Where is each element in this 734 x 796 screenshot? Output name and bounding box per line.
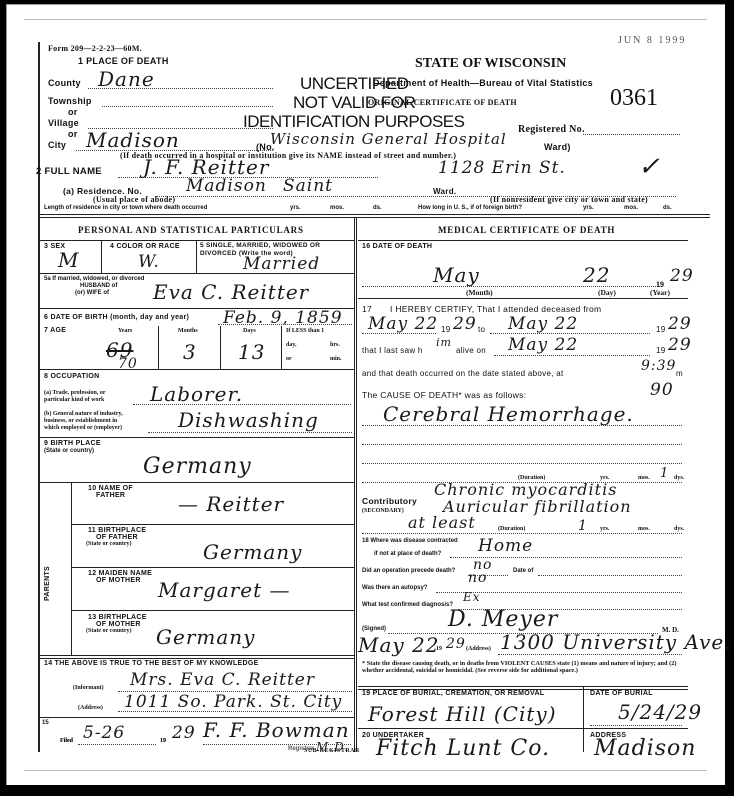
industry-label-1: (b) General nature of industry, [44,411,123,417]
mother-label-1: 12 MAIDEN NAME [88,570,152,577]
age-days-value: 13 [238,340,265,364]
mother-birthplace-label-3: (State or country) [86,628,132,634]
trade-value: Laborer. [150,382,243,406]
hr [71,567,354,568]
trade-label-1: (a) Trade, profession, or [44,390,106,396]
nonresident-note: (If nonresident give city or town and st… [490,195,648,204]
hrs-label: hrs. [330,342,340,348]
length-residence-note: Length of residence in city or town wher… [44,205,207,211]
full-name-label: 2 FULL NAME [36,166,102,177]
mos-label: mos. [330,205,344,211]
race-value: W. [138,252,160,272]
father-birthplace-label-3: (State or country) [86,541,132,547]
less-than-label: If LESS than 1 [286,328,324,334]
county-value: Dane [98,67,155,91]
ds-label-2: ds. [663,205,672,211]
filed-year-value: 29 [172,723,196,743]
subregistrar-line [203,744,351,745]
father-birthplace-label-1: 11 BIRTHPLACE [88,527,146,534]
city-label: City [48,140,66,150]
registered-no-label: Registered No. [518,124,585,135]
vr [196,240,197,273]
death-certificate: Form 209—2-2-23—60M. 1 PLACE OF DEATH JU… [38,30,710,752]
filed-date-value: 5-26 [83,723,125,743]
mother-birthplace-label-2: OF MOTHER [96,621,141,628]
hr [38,369,354,370]
father-birthplace-label-2: OF FATHER [96,534,138,541]
dob-line [218,324,352,325]
residence-value: Madison [186,176,267,196]
foreign-birth-note: How long in U. S., if of foreign birth? [418,205,522,211]
marital-value: Married [243,254,320,274]
dob-label: 6 DATE OF BIRTH (month, day and year) [44,314,189,321]
birthplace-sub: (State or country) [44,448,94,454]
age-months-value: 3 [183,340,197,364]
hr [38,655,354,659]
hr [38,273,354,274]
township-line [102,106,273,107]
min-label: min. [330,356,342,362]
section-divider [38,214,710,218]
age-label: 7 AGE [44,327,66,334]
dob-value: Feb. 9, 1859 [223,308,343,328]
yrs-label: yrs. [290,205,301,211]
spouse-value: Eva C. Reitter [153,280,309,304]
filed2-year-prefix: 19 [160,738,166,744]
father-name-value: — Reitter [178,492,284,516]
certificate-number: 0361 [610,85,658,112]
township-label: Township [48,96,92,106]
vr [158,326,159,369]
birthplace-label: 9 BIRTH PLACE [44,440,101,447]
hr [71,610,354,611]
mother-name-value: Margaret — [158,578,290,602]
left-border [38,42,40,752]
county-label: County [48,78,81,88]
occupation-label: 8 OCCUPATION [44,373,99,380]
village-label: Village [48,118,79,128]
spouse-label: 5a If married, widowed, or divorced [44,276,144,282]
residence-st-value: Saint [283,176,333,196]
hr [71,524,354,525]
form-number: Form 209—2-2-23—60M. [48,44,142,53]
filed2-line [78,744,156,745]
institution-value: Wisconsin General Hospital [270,130,507,148]
vr [101,240,102,273]
filed-num: 15 [42,720,49,726]
hr [38,437,354,438]
informant-value: Mrs. Eva C. Reitter [130,670,315,690]
city-value: Madison [86,128,180,152]
industry-value: Dishwashing [178,408,319,432]
stamp-identification: IDENTIFICATION PURPOSES [243,112,465,132]
industry-label-3: which employed or (employer) [44,425,122,431]
center-divider [354,218,357,752]
days-label: Days [243,328,256,334]
vr [281,326,282,369]
received-stamp-date: JUN 8 1999 [618,35,686,46]
informant-address-label: (Address) [78,705,103,711]
subregistrar-label: SUB-REGISTRAR [304,748,360,754]
vr [71,482,72,655]
day-label: day, [286,342,297,348]
personal-heading: PERSONAL AND STATISTICAL PARTICULARS [78,225,304,235]
or-label-1: or [68,107,78,117]
mother-label-2: OF MOTHER [96,577,141,584]
father-birthplace-value: Germany [203,540,302,564]
abode-note: (Usual place of abode) [93,195,175,204]
informant-address-value: 1011 So. Park. St. City [124,692,342,712]
yrs-label-2: yrs. [583,205,594,211]
mother-birthplace-label-1: 13 BIRTHPLACE [88,614,147,621]
filed2-label: Filed [60,738,73,744]
residence-ward-label: Ward. [433,187,456,196]
state-title: STATE OF WISCONSIN [415,56,566,72]
trade-label-2: particular kind of work [44,397,104,403]
vr [220,326,221,369]
stamp-not-valid: NOT VALID FOR [293,93,415,113]
father-label-2: FATHER [96,492,125,499]
or-label-2: or [68,129,78,139]
registered-no-line [583,134,680,135]
ward-label: Ward) [544,142,571,152]
sex-value: M [58,248,79,272]
father-label-1: 10 NAME OF [88,485,133,492]
wife-of-label: (or) WIFE of [75,290,109,296]
street-address-value: 1128 Erin St. [438,158,566,178]
years-label: Years [118,328,132,334]
true-knowledge-label: 14 THE ABOVE IS TRUE TO THE BEST OF MY K… [44,660,259,667]
industry-line [148,432,352,433]
hr [38,482,354,483]
mother-birthplace-value: Germany [156,625,255,649]
vr [38,720,40,750]
bottom-border-line [24,770,707,771]
parents-label: PARENTS [44,566,51,601]
ds-label: ds. [373,205,382,211]
or-label: or [286,356,292,362]
industry-label-2: business, or establishment in [44,418,117,424]
husband-of-label: HUSBAND of [80,283,117,289]
place-of-death-heading: 1 PLACE OF DEATH [78,56,169,66]
birthplace-value: Germany [143,454,252,479]
checkmark-icon: ✓ [638,152,661,182]
top-border-line [24,19,707,20]
months-label: Months [178,328,198,334]
mos-label-2: mos. [624,205,638,211]
race-label: 4 COLOR OR RACE [110,243,180,250]
informant-label: (Informant) [73,685,104,691]
stamp-uncertified: UNCERTIFIED [300,74,408,94]
registrar-signature: F. F. Bowman [203,718,350,742]
